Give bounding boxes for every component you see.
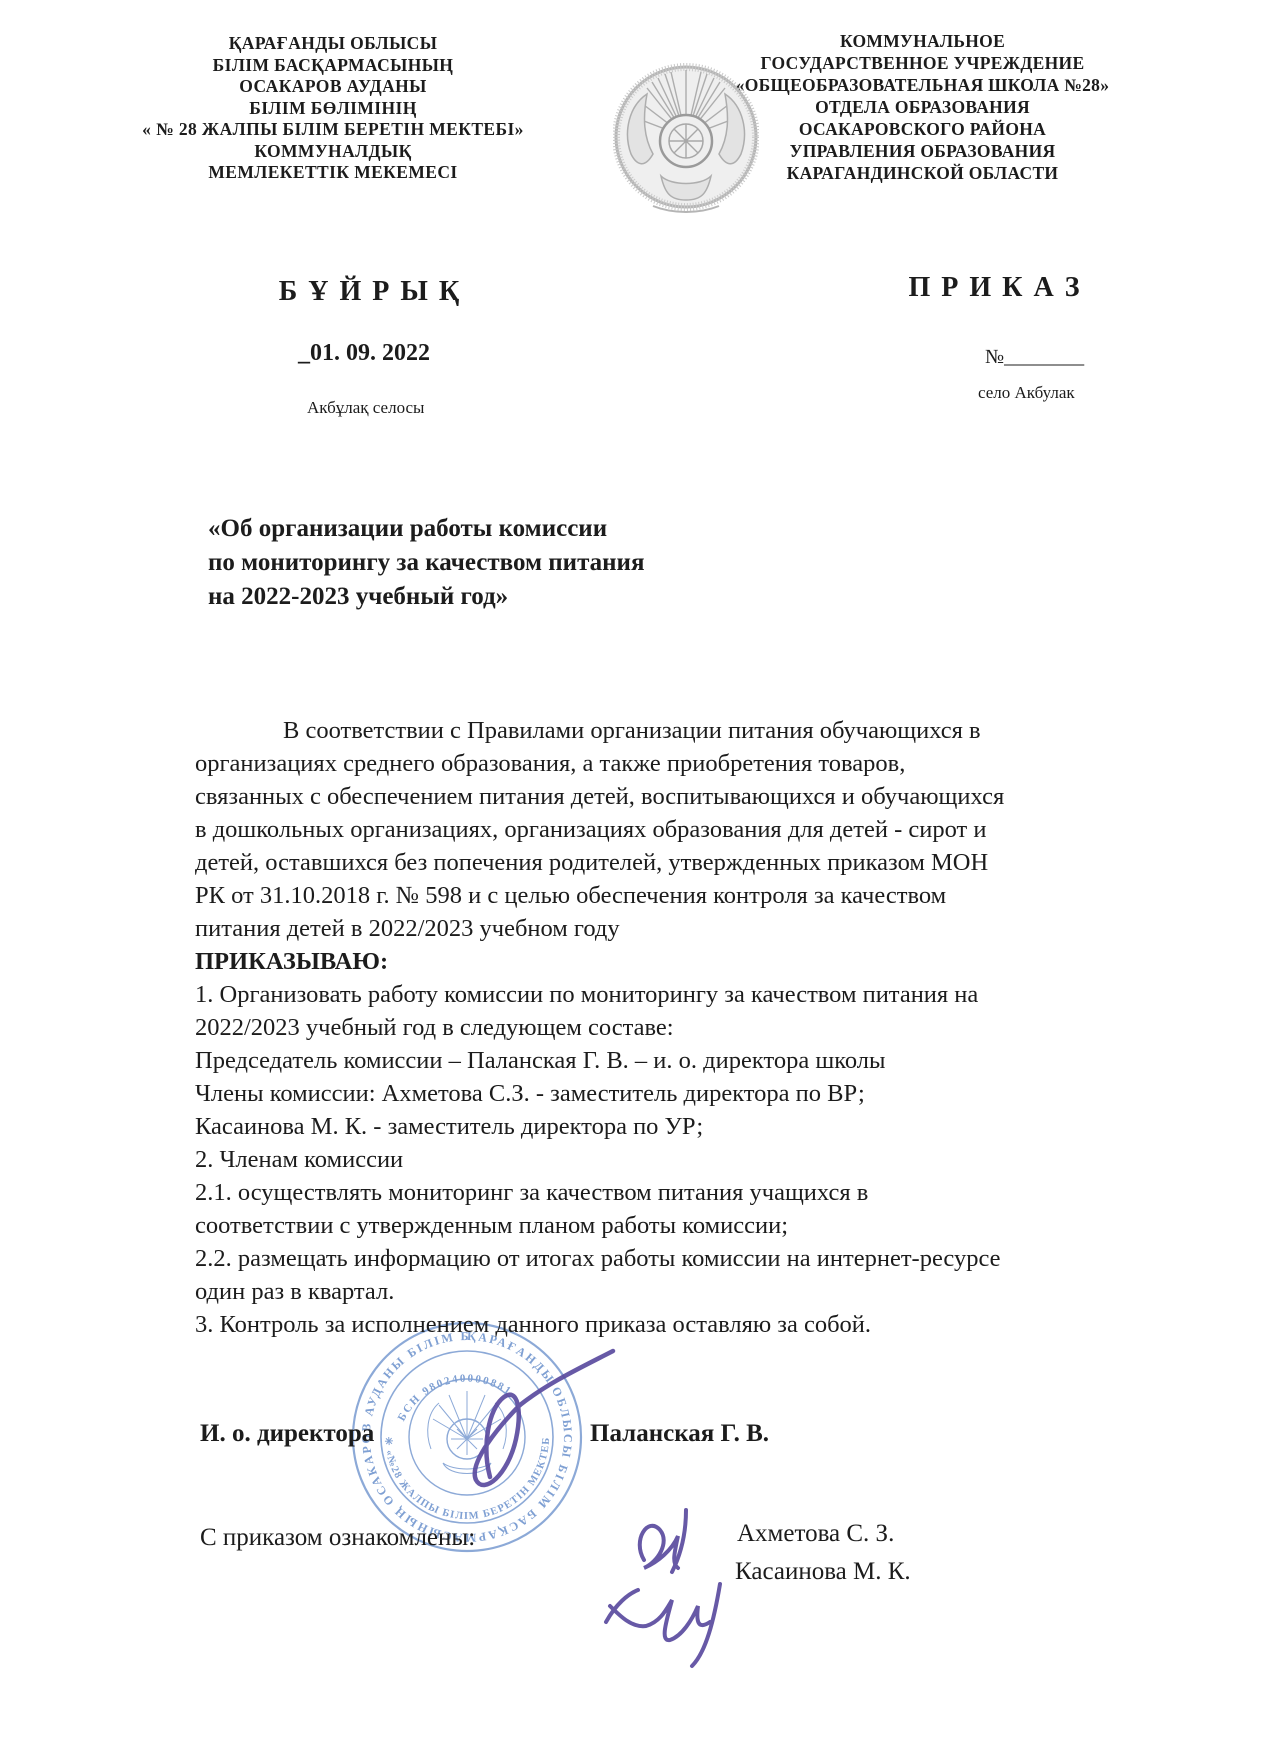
org-line: КАРАГАНДИНСКОЙ ОБЛАСТИ [700,162,1145,184]
body-line: 3. Контроль за исполнением данного прика… [195,1308,1105,1341]
org-line: ҚАРАҒАНДЫ ОБЛЫСЫ [118,33,548,55]
order-title-kazakh: Б Ұ Й Р Ы Қ [170,276,570,308]
subject-line: на 2022-2023 учебный год» [208,580,858,614]
subject-line: «Об организации работы комиссии [208,512,858,546]
org-line: « № 28 ЖАЛПЫ БІЛІМ БЕРЕТІН МЕКТЕБІ» [118,119,548,141]
body-line: один раз в квартал. [195,1275,1105,1308]
org-line: «ОБЩЕОБРАЗОВАТЕЛЬНАЯ ШКОЛА №28» [700,74,1145,96]
order-number-blank: №________ [985,346,1084,369]
order-title-russian: П Р И К А З [820,272,1170,304]
acknowledged-label: С приказом ознакомлены: [200,1524,475,1552]
director-signature-icon [408,1335,628,1505]
scanned-order-document: ҚАРАҒАНДЫ ОБЛЫСЫ БІЛІМ БАСҚАРМАСЫНЫҢ ОСА… [0,0,1276,1755]
body-line: 2022/2023 учебный год в следующем состав… [195,1011,1105,1044]
org-line: КОММУНАЛДЫҚ [118,141,548,163]
body-line: питания детей в 2022/2023 учебном году [195,912,1105,945]
body-line: В соответствии с Правилами организации п… [195,714,1105,747]
subject-line: по мониторингу за качеством питания [208,546,858,580]
order-place-russian: село Акбулак [978,383,1075,403]
org-line: БІЛІМ БӨЛІМІНІҢ [118,98,548,120]
org-line: ОСАКАРОВСКОГО РАЙОНА [700,118,1145,140]
body-line-prikazyvayu: ПРИКАЗЫВАЮ: [195,945,1105,978]
org-line: ОТДЕЛА ОБРАЗОВАНИЯ [700,96,1145,118]
org-line: ОСАКАРОВ АУДАНЫ [118,76,548,98]
org-name-kazakh: ҚАРАҒАНДЫ ОБЛЫСЫ БІЛІМ БАСҚАРМАСЫНЫҢ ОСА… [118,33,548,184]
body-line: 2.2. размещать информацию от итогах рабо… [195,1242,1105,1275]
body-line: детей, оставшихся без попечения родителе… [195,846,1105,879]
body-line: Председатель комиссии – Паланская Г. В. … [195,1044,1105,1077]
org-name-russian: КОММУНАЛЬНОЕ ГОСУДАРСТВЕННОЕ УЧРЕЖДЕНИЕ … [700,30,1145,184]
org-line: УПРАВЛЕНИЯ ОБРАЗОВАНИЯ [700,140,1145,162]
body-line: 2.1. осуществлять мониторинг за качество… [195,1176,1105,1209]
body-line: Касаинова М. К. - заместитель директора … [195,1110,1105,1143]
body-line: РК от 31.10.2018 г. № 598 и с целью обес… [195,879,1105,912]
org-line: ГОСУДАРСТВЕННОЕ УЧРЕЖДЕНИЕ [700,52,1145,74]
order-subject: «Об организации работы комиссии по монит… [208,512,858,614]
body-line: соответствии с утвержденным планом работ… [195,1209,1105,1242]
body-line: в дошкольных организациях, организациях … [195,813,1105,846]
order-place-kazakh: Акбұлақ селосы [307,398,424,418]
org-line: КОММУНАЛЬНОЕ [700,30,1145,52]
kazakhstan-emblem-icon [613,58,759,216]
order-body: В соответствии с Правилами организации п… [195,714,1105,1341]
body-line: 2. Членам комиссии [195,1143,1105,1176]
body-line: организациях среднего образования, а так… [195,747,1105,780]
body-line: связанных с обеспечением питания детей, … [195,780,1105,813]
body-line: Члены комиссии: Ахметова С.З. - заместит… [195,1077,1105,1110]
org-line: МЕМЛЕКЕТТІК МЕКЕМЕСІ [118,162,548,184]
ack-signatures-icon [598,1500,788,1670]
body-line: 1. Организовать работу комиссии по монит… [195,978,1105,1011]
org-line: БІЛІМ БАСҚАРМАСЫНЫҢ [118,55,548,77]
order-date: _01. 09. 2022 [298,340,430,367]
director-role-label: И. о. директора [200,1420,374,1448]
